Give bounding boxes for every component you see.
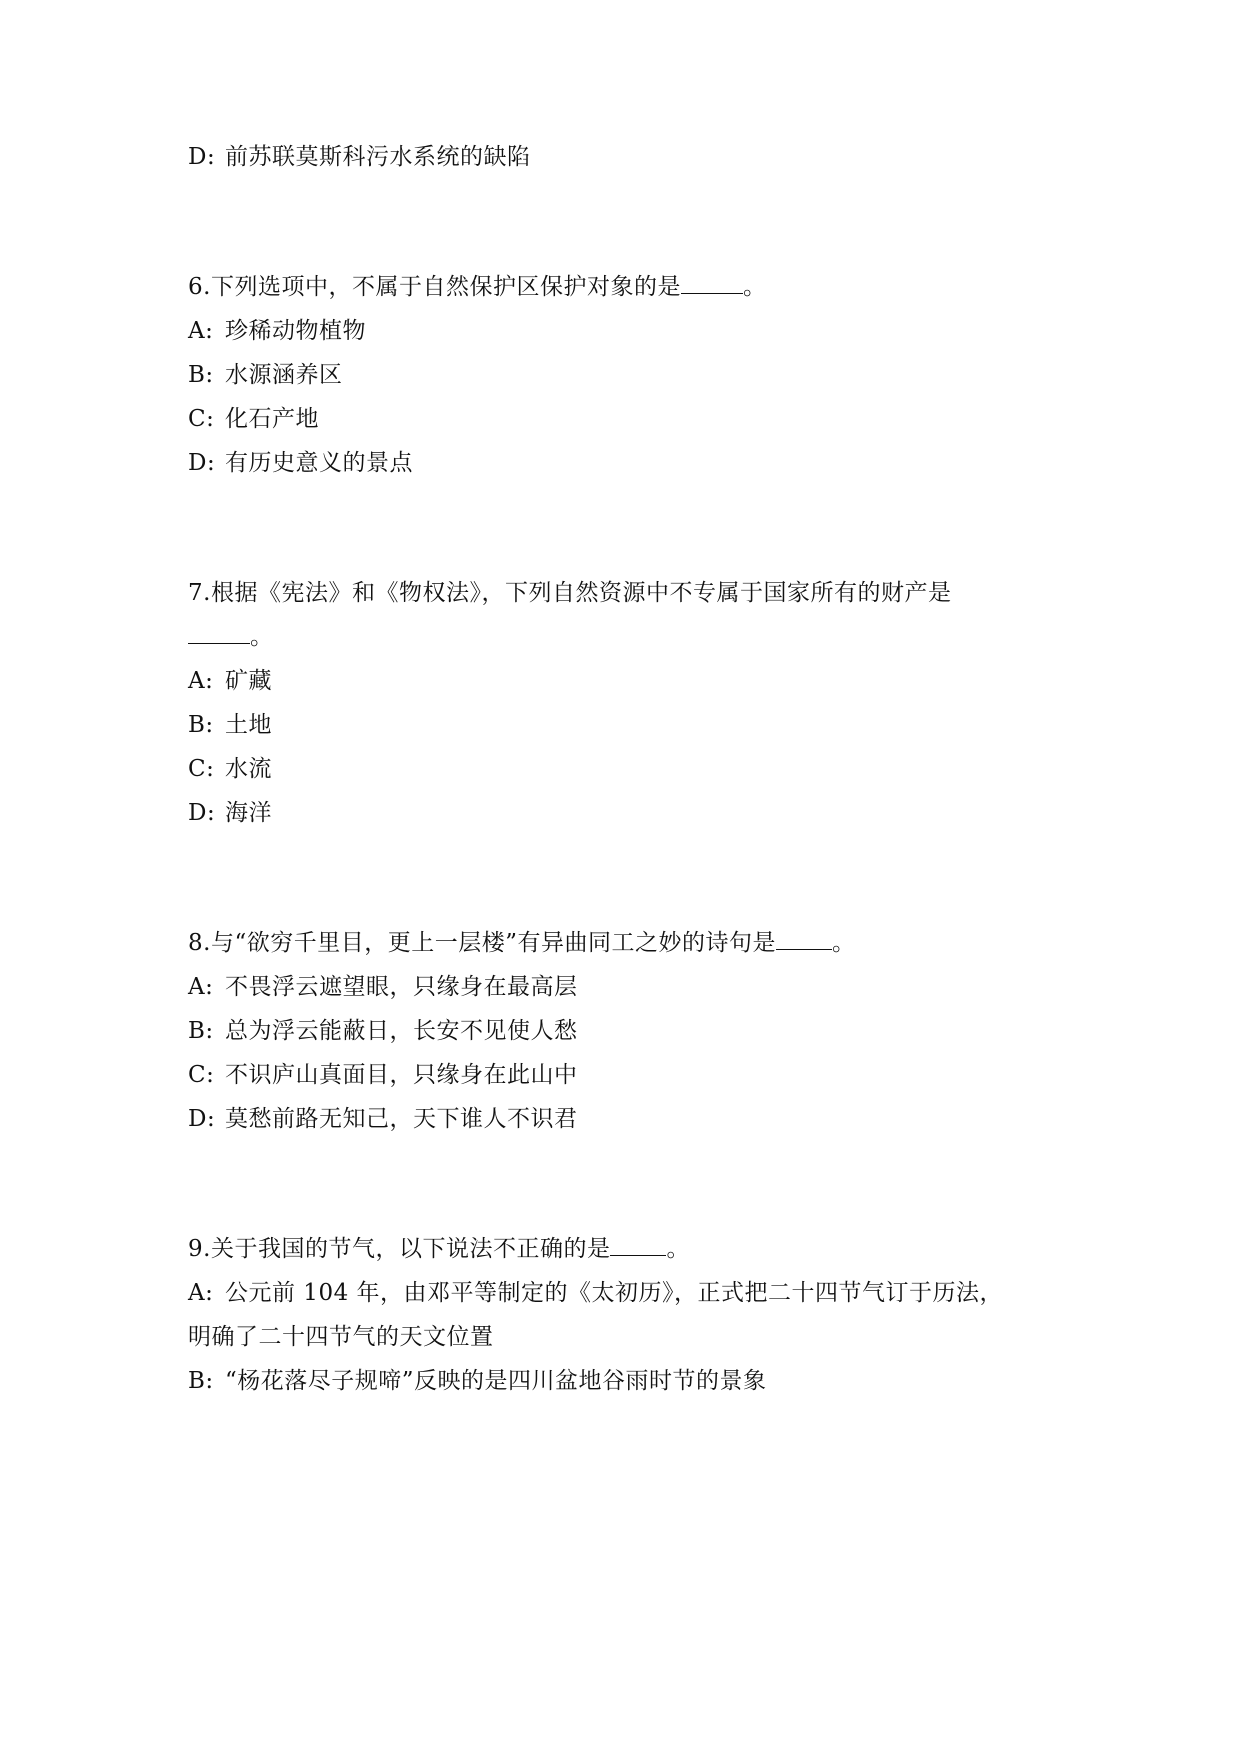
option-text: 莫愁前路无知己，天下谁人不识君 — [225, 1106, 578, 1132]
option-label: B: — [188, 1016, 225, 1046]
option-row: B:土地 — [188, 710, 272, 740]
option-row: C:不识庐山真面目，只缘身在此山中 — [188, 1060, 578, 1090]
option-label: B: — [188, 710, 225, 740]
option-label: C: — [188, 1060, 225, 1090]
question-stem: 6.下列选项中，不属于自然保护区保护对象的是。 — [188, 272, 766, 302]
option-row: D:前苏联莫斯科污水系统的缺陷 — [188, 142, 531, 172]
option-row-continuation: 明确了二十四节气的天文位置 — [188, 1322, 494, 1352]
option-label: D: — [188, 1104, 225, 1134]
option-label: B: — [188, 360, 225, 390]
option-label: A: — [188, 1278, 225, 1308]
option-text: 化石产地 — [225, 406, 319, 432]
option-label: D: — [188, 798, 225, 828]
question-number: 8. — [188, 930, 211, 956]
option-label: A: — [188, 666, 225, 696]
question-text: 与“欲穷千里目，更上一层楼”有异曲同工之妙的诗句是 — [211, 930, 776, 956]
question-number: 9. — [188, 1236, 211, 1262]
question-text: 下列选项中，不属于自然保护区保护对象的是 — [211, 274, 681, 300]
option-label: D: — [188, 142, 225, 172]
option-text: 有历史意义的景点 — [225, 450, 413, 476]
option-row: A:珍稀动物植物 — [188, 316, 366, 346]
question-stem: 8.与“欲穷千里目，更上一层楼”有异曲同工之妙的诗句是。 — [188, 928, 855, 958]
option-label: A: — [188, 316, 225, 346]
option-row: A:矿藏 — [188, 666, 272, 696]
question-number: 7. — [188, 580, 211, 606]
option-text: 公元前 104 年，由邓平等制定的《太初历》，正式把二十四节气订于历法， — [225, 1280, 1003, 1306]
option-text: 珍稀动物植物 — [225, 318, 366, 344]
question-number: 6. — [188, 274, 211, 300]
question-stem-continuation: 。 — [188, 622, 274, 652]
question-stem: 7.根据《宪法》和《物权法》，下列自然资源中不专属于国家所有的财产是 — [188, 578, 951, 608]
option-label: C: — [188, 404, 225, 434]
option-row: B:总为浮云能蔽日，长安不见使人愁 — [188, 1016, 578, 1046]
question-stem: 9.关于我国的节气，以下说法不正确的是。 — [188, 1234, 690, 1264]
option-row: C:化石产地 — [188, 404, 319, 434]
option-row: B:“杨花落尽子规啼”反映的是四川盆地谷雨时节的景象 — [188, 1366, 767, 1396]
option-row: A:公元前 104 年，由邓平等制定的《太初历》，正式把二十四节气订于历法， — [188, 1278, 1003, 1308]
answer-blank — [681, 273, 743, 294]
option-row: D:莫愁前路无知己，天下谁人不识君 — [188, 1104, 578, 1134]
option-text: 土地 — [225, 712, 272, 738]
answer-blank — [610, 1235, 666, 1256]
option-text: 不畏浮云遮望眼，只缘身在最高层 — [225, 974, 578, 1000]
option-text: 矿藏 — [225, 668, 272, 694]
option-text: 海洋 — [225, 800, 272, 826]
option-row: C:水流 — [188, 754, 272, 784]
option-row: D:有历史意义的景点 — [188, 448, 413, 478]
answer-blank — [188, 623, 250, 644]
option-label: D: — [188, 448, 225, 478]
option-row: D:海洋 — [188, 798, 272, 828]
option-text: 明确了二十四节气的天文位置 — [188, 1324, 494, 1350]
question-text: 关于我国的节气，以下说法不正确的是 — [211, 1236, 611, 1262]
option-label: A: — [188, 972, 225, 1002]
option-row: B:水源涵养区 — [188, 360, 343, 390]
option-text: 前苏联莫斯科污水系统的缺陷 — [225, 144, 531, 170]
option-row: A:不畏浮云遮望眼，只缘身在最高层 — [188, 972, 578, 1002]
option-text: 水源涵养区 — [225, 362, 343, 388]
question-text: 根据《宪法》和《物权法》，下列自然资源中不专属于国家所有的财产是 — [211, 580, 952, 606]
option-label: C: — [188, 754, 225, 784]
option-text: 总为浮云能蔽日，长安不见使人愁 — [225, 1018, 578, 1044]
option-text: “杨花落尽子规啼”反映的是四川盆地谷雨时节的景象 — [225, 1368, 767, 1394]
answer-blank — [776, 929, 832, 950]
option-text: 不识庐山真面目，只缘身在此山中 — [225, 1062, 578, 1088]
option-label: B: — [188, 1366, 225, 1396]
option-text: 水流 — [225, 756, 272, 782]
